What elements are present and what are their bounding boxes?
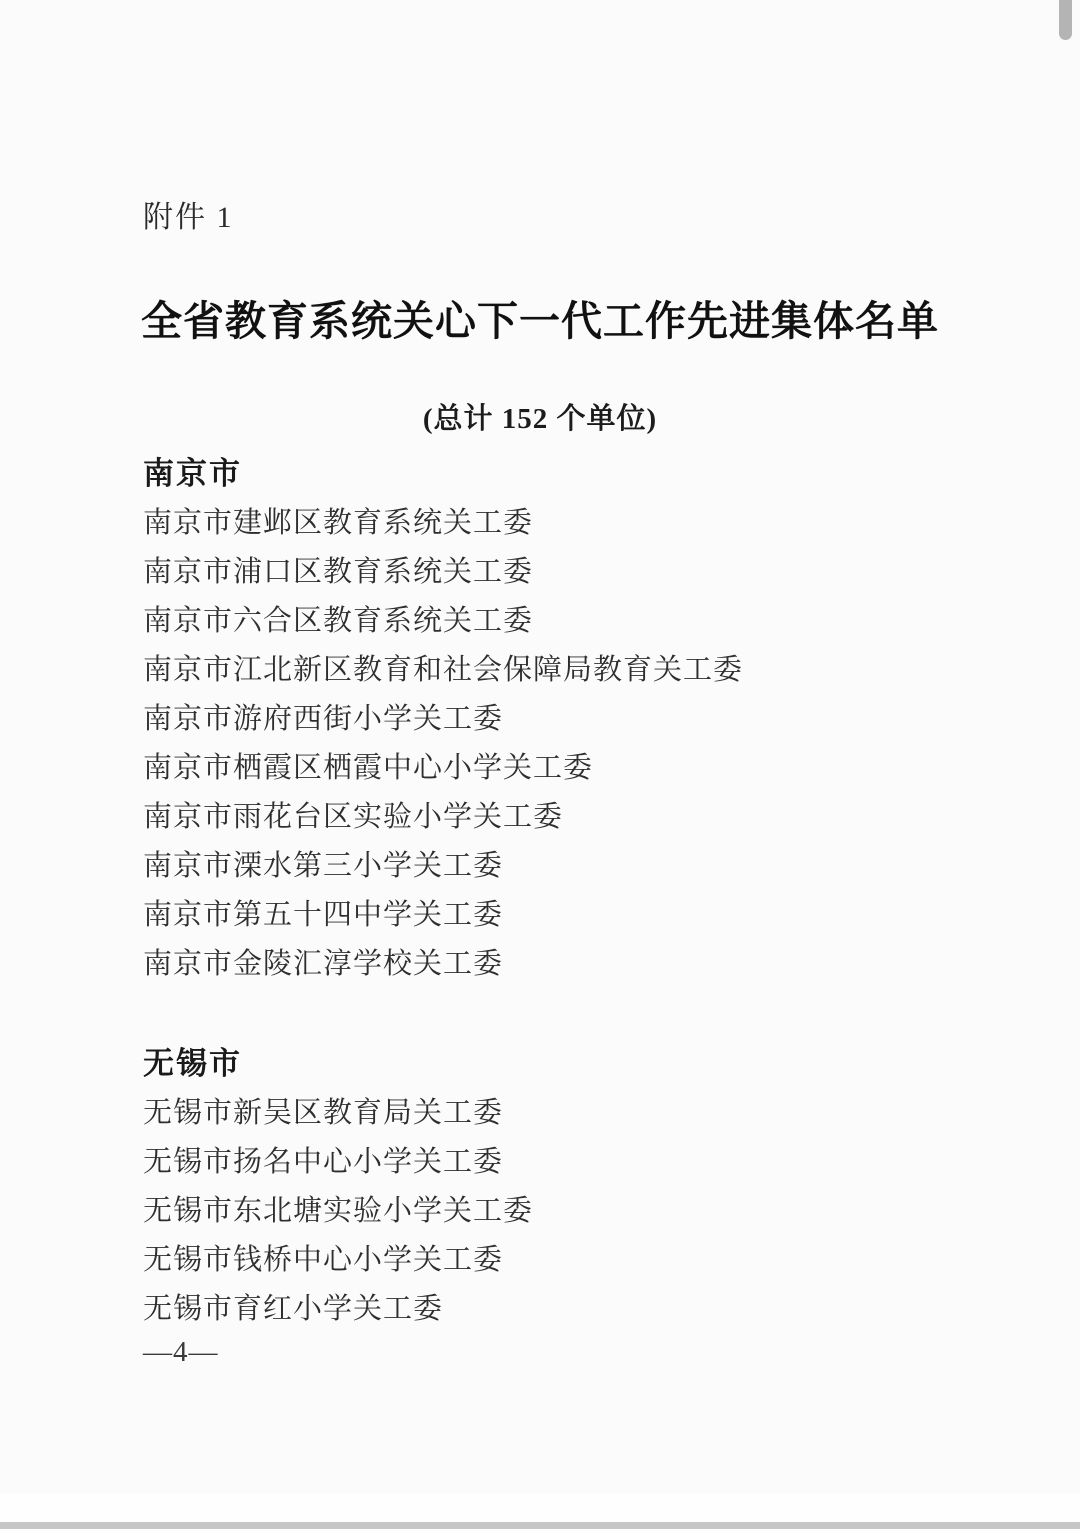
city-header-nanjing: 南京市 <box>143 444 743 496</box>
bottom-band <box>0 1494 1080 1522</box>
list-item: 南京市游府西街小学关工委 <box>143 692 743 741</box>
city-header-wuxi: 无锡市 <box>143 1034 533 1086</box>
list-item: 南京市建邺区教育系统关工委 <box>143 496 743 545</box>
section-nanjing: 南京市 南京市建邺区教育系统关工委 南京市浦口区教育系统关工委 南京市六合区教育… <box>143 444 743 986</box>
page-number: —4— <box>143 1336 219 1369</box>
document-page: 附件 1 全省教育系统关心下一代工作先进集体名单 (总计 152 个单位) 南京… <box>0 0 1080 1529</box>
list-item: 南京市溧水第三小学关工委 <box>143 839 743 888</box>
list-item: 南京市金陵汇淳学校关工委 <box>143 937 743 986</box>
list-item: 无锡市东北塘实验小学关工委 <box>143 1184 533 1233</box>
list-item: 无锡市钱桥中心小学关工委 <box>143 1233 533 1282</box>
list-item: 南京市栖霞区栖霞中心小学关工委 <box>143 741 743 790</box>
list-item: 南京市江北新区教育和社会保障局教育关工委 <box>143 643 743 692</box>
section-wuxi: 无锡市 无锡市新吴区教育局关工委 无锡市扬名中心小学关工委 无锡市东北塘实验小学… <box>143 1034 533 1331</box>
list-item: 南京市雨花台区实验小学关工委 <box>143 790 743 839</box>
list-item: 南京市六合区教育系统关工委 <box>143 594 743 643</box>
org-list-nanjing: 南京市建邺区教育系统关工委 南京市浦口区教育系统关工委 南京市六合区教育系统关工… <box>143 496 743 986</box>
list-item: 南京市浦口区教育系统关工委 <box>143 545 743 594</box>
attachment-label: 附件 1 <box>143 192 234 236</box>
list-item: 无锡市扬名中心小学关工委 <box>143 1135 533 1184</box>
org-list-wuxi: 无锡市新吴区教育局关工委 无锡市扬名中心小学关工委 无锡市东北塘实验小学关工委 … <box>143 1086 533 1331</box>
scrollbar-thumb[interactable] <box>1059 0 1072 40</box>
list-item: 无锡市育红小学关工委 <box>143 1282 533 1331</box>
bottom-bar <box>0 1522 1080 1529</box>
list-item: 无锡市新吴区教育局关工委 <box>143 1086 533 1135</box>
page-title: 全省教育系统关心下一代工作先进集体名单 <box>0 288 1080 347</box>
list-item: 南京市第五十四中学关工委 <box>143 888 743 937</box>
page-subtitle: (总计 152 个单位) <box>0 396 1080 437</box>
